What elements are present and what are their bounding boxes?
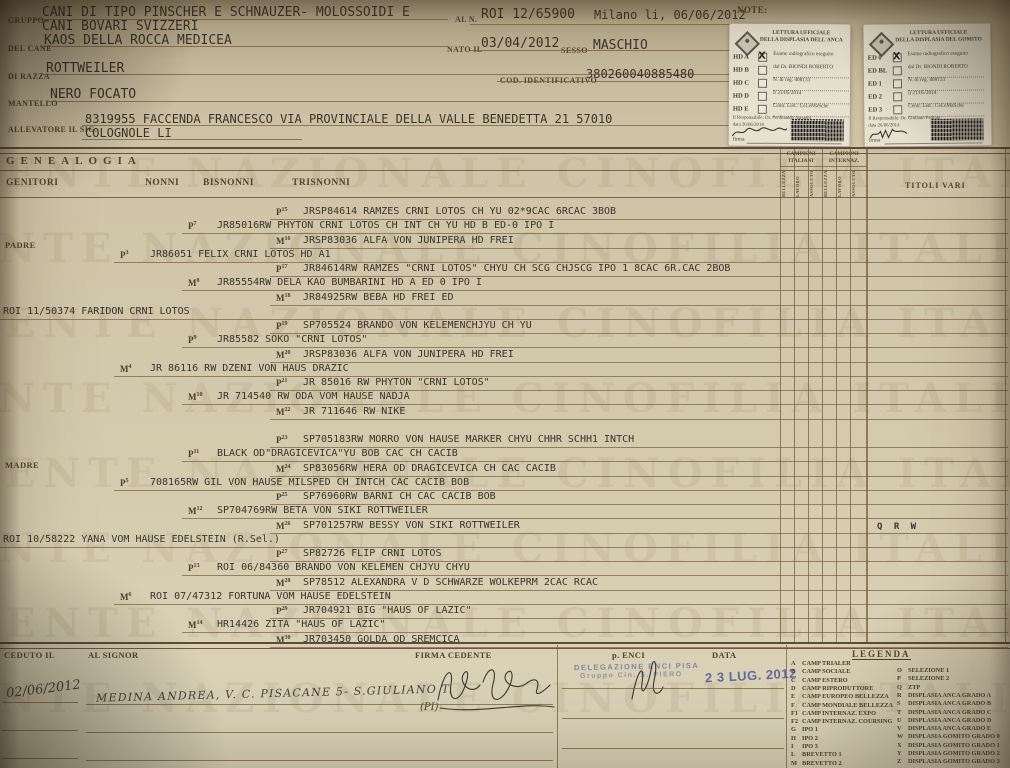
checkbox: X <box>758 53 767 62</box>
stamp-title-line1: LETTURA UFFICIALE <box>772 30 830 36</box>
titoli-vari-entry: Q R W <box>877 522 919 532</box>
pedigree-row: P13ROI 06/84360 BRANDO VON KELEMEN CHJYU… <box>0 562 1008 576</box>
stamp-title-line2: DELLA DISPLASIA DELL'ANCA <box>760 37 843 44</box>
check-code: HD C <box>733 80 758 87</box>
generation-tag: M8 <box>188 278 200 288</box>
pedigree-row: M26SP701257RW BESSY VON SIKI ROTTWEILER <box>0 520 1008 534</box>
ancestor-name: JR86051 FELIX CRNI LOTOS HD A1 <box>150 249 331 260</box>
exam-check-row: ED 0X <box>868 51 902 64</box>
exam-check-row: HD AX <box>733 51 767 64</box>
checkbox: X <box>893 53 902 62</box>
legend-item: BCAMP SOCIALE <box>791 668 850 675</box>
legend-title: LEGENDA <box>852 649 911 660</box>
allevatore-value-line2: COLOGNOLE LI <box>85 126 172 140</box>
pedigree-certificate: ENTE NAZIONALE CINOFILIA ITALIANAENTE NA… <box>0 0 1010 768</box>
generation-tag: P15 <box>276 207 288 217</box>
column-header-nonni: NONNI <box>145 178 179 188</box>
enci-signature <box>618 655 670 707</box>
ancestor-name: JRSP84614 RAMZES CRNI LOTOS CH YU 02*9CA… <box>303 206 616 217</box>
legend-item: FCAMP MONDIALE BELLEZZA <box>791 702 893 709</box>
pedigree-row: M6ROI 07/47312 FORTUNA VOM HAUSE EDELSTE… <box>0 591 1008 605</box>
ancestor-name: SP76960RW BARNI CH CAC CACIB BOB <box>303 491 496 502</box>
titoli-vari-header: TITOLI VARI <box>905 181 966 190</box>
checkbox <box>758 92 767 101</box>
legend-item: WDISPLASIA GOMITO GRADO 0 <box>897 733 1000 740</box>
legend-item: PSELEZIONE 2 <box>897 675 949 682</box>
ancestor-name: HR14426 ZITA "HAUS OF LAZIC" <box>217 619 386 630</box>
check-mark: X <box>758 51 766 62</box>
ancestor-name: JR84925RW BEBA HD FREI ED <box>303 292 454 303</box>
checkbox <box>893 105 902 114</box>
barcode <box>791 119 844 141</box>
cod-identificativo-value: 380260040885480 <box>586 67 694 81</box>
pedigree-row: P15JRSP84614 RAMZES CRNI LOTOS CH YU 02*… <box>0 206 1008 220</box>
ancestor-name: SP704769RW BETA VON SIKI ROTTWEILER <box>217 505 428 516</box>
ancestor-name: JR84614RW RAMZES "CRNI LOTOS" CHYU CH SC… <box>303 263 730 274</box>
pedigree-row: M20JRSP83036 ALFA VON JUNIPERA HD FREI <box>0 349 1008 363</box>
legend-item: ECAMP EUROPEO BELLEZZA <box>791 693 889 700</box>
mantello-value: NERO FOCATO <box>50 87 136 102</box>
pedigree-row: P27SP82726 FLIP CRNI LOTOS <box>0 548 1008 562</box>
ceduto-il-label: CEDUTO IL <box>4 650 55 660</box>
stamp-text-line: Esame radiografico eseguito <box>773 51 849 65</box>
gruppo-value-line2: CANI BOVARI SVIZZERI <box>42 19 199 34</box>
ancestor-name: SP701257RW BESSY VON SIKI ROTTWEILER <box>303 520 520 531</box>
check-code: ED 2 <box>868 93 893 100</box>
exam-check-row: HD B <box>733 64 767 77</box>
check-code: HD D <box>733 93 758 100</box>
allevatore-value-line1: 8319955 FACCENDA FRANCESCO VIA PROVINCIA… <box>85 112 612 126</box>
legend-item: MBREVETTO 2 <box>791 760 842 767</box>
check-code: ED 1 <box>868 80 893 87</box>
check-mark: X <box>893 51 901 62</box>
legend-item: ACAMP TRIALER <box>791 660 851 667</box>
check-code: HD A <box>733 54 758 61</box>
firma-label: firma <box>733 137 745 143</box>
ancestor-name: ROI 06/84360 BRANDO VON KELEMEN CHJYU CH… <box>217 562 470 573</box>
ancestor-name: JR 711646 RW NIKE <box>303 406 405 417</box>
pedigree-row: P17JR84614RW RAMZES "CRNI LOTOS" CHYU CH… <box>0 263 1008 277</box>
generation-tag: P23 <box>276 435 288 445</box>
generation-tag: P13 <box>188 563 200 573</box>
checkbox <box>893 79 902 88</box>
checkbox <box>758 66 767 75</box>
check-code: HD E <box>733 106 758 113</box>
legend-item: YDISPLASIA GOMITO GRADO 2 <box>897 750 1000 757</box>
pedigree-row: M4JR 86116 RW DZENI VON HAUS DRAZIC <box>0 363 1008 377</box>
legend-item: IIPO 3 <box>791 743 818 750</box>
ancestor-name: JR704921 BIG "HAUS OF LAZIC" <box>303 605 472 616</box>
column-header-genitori: GENITORI <box>6 178 58 188</box>
legend-item: TDISPLASIA ANCA GRADO C <box>897 709 991 716</box>
subcolumn-label: LAVORO <box>837 167 850 197</box>
legend-item: RDISPLASIA ANCA GRADO A <box>897 692 991 699</box>
subcolumn-label: BELLEZZA <box>781 167 794 197</box>
campioni-internaz-header: CAMPIONI INTERNAZ. <box>822 151 866 164</box>
legend-item: ZDISPLASIA GOMITO GRADO 3 <box>897 758 1000 765</box>
column-header-bisnonni: BISNONNI <box>203 178 254 188</box>
generation-tag: P5 <box>120 478 129 488</box>
checkbox <box>893 66 902 75</box>
stamp-text-line: Centr. Lett.: CeLeMaSche <box>908 102 984 117</box>
legend-item: XDISPLASIA GOMITO GRADO 1 <box>897 742 1000 749</box>
ancestor-name: JR 714540 RW ODA VOM HAUSE NADJA <box>217 391 410 402</box>
barcode <box>930 118 983 141</box>
pedigree-row: P21JR 85016 RW PHYTON "CRNI LOTOS" <box>0 377 1008 391</box>
exam-check-row: ED 2 <box>868 90 902 103</box>
hd-check-list: HD AXHD BHD CHD DHD E <box>733 51 767 116</box>
data-label: DATA <box>712 650 736 660</box>
ed-check-list: ED 0XED BLED 1ED 2ED 3 <box>868 51 903 116</box>
ancestor-name: SP82726 FLIP CRNI LOTOS <box>303 548 441 559</box>
generation-tag: M10 <box>188 392 203 402</box>
stamp-title: LETTURA UFFICIALE DELLA DISPLASIA DELL'A… <box>755 30 847 45</box>
ancestor-name: BLACK OD"DRAGICEVICA"YU BOB CAC CH CACIB <box>217 448 458 459</box>
generation-tag: M4 <box>120 364 132 374</box>
exam-check-row: ED 1 <box>868 77 902 90</box>
generation-tag: P27 <box>276 549 288 559</box>
checkbox <box>758 79 767 88</box>
exam-check-row: ED BL <box>868 64 902 77</box>
campioni-italiani-header: CAMPIONI ITALIANI <box>780 151 822 164</box>
gruppo-label: GRUPPO <box>8 16 44 25</box>
generation-tag: M24 <box>276 464 291 474</box>
column-header-trisnonni: TRISNONNI <box>292 178 350 188</box>
al-n-value: ROI 12/65900 <box>481 7 575 22</box>
legend-item: OSELEZIONE 1 <box>897 667 949 674</box>
pedigree-row: M22JR 711646 RW NIKE <box>0 406 1008 420</box>
generation-tag: P19 <box>276 321 288 331</box>
legend-item: GIPO 1 <box>791 726 818 733</box>
pedigree-row: M12SP704769RW BETA VON SIKI ROTTWEILER <box>0 505 1008 519</box>
generation-tag: M20 <box>276 350 291 360</box>
pedigree-row: P11BLACK OD"DRAGICEVICA"YU BOB CAC CH CA… <box>0 448 1008 462</box>
generation-tag: M6 <box>120 592 132 602</box>
pedigree-row: M14HR14426 ZITA "HAUS OF LAZIC" <box>0 619 1008 633</box>
exam-check-row: HD D <box>733 90 767 103</box>
generation-tag: P9 <box>188 335 197 345</box>
ancestor-name: JR 85016 RW PHYTON "CRNI LOTOS" <box>303 377 490 388</box>
subcolumn-label: ASSOLUTO <box>851 167 864 197</box>
ancestor-name: ROI 11/50374 FARIDON CRNI LOTOS <box>3 306 190 317</box>
pedigree-row: P25SP76960RW BARNI CH CAC CACIB BOB <box>0 491 1008 505</box>
generation-tag: P29 <box>276 606 288 616</box>
exam-check-row: HD C <box>733 77 767 90</box>
legend-item: SDISPLASIA ANCA GRADO B <box>897 700 991 707</box>
stamp-title: LETTURA UFFICIALE DELLA DISPLASIA DEL GO… <box>889 29 987 44</box>
ancestor-name: JRSP83036 ALFA VON JUNIPERA HD FREI <box>303 235 514 246</box>
pedigree-row: ROI 10/58222 YANA VOM HAUSE EDELSTEIN (R… <box>0 534 1008 548</box>
legend-item: CCAMP ESTERO <box>791 677 848 684</box>
legend-item: UDISPLASIA ANCA GRADO D <box>897 717 991 724</box>
al-signor-label: AL SIGNOR <box>88 650 139 660</box>
al-n-label: AL N. <box>455 15 477 24</box>
check-code: HD B <box>733 67 758 74</box>
place-date-value: Milano li, 06/06/2012 <box>594 8 746 22</box>
ancestor-name: JR85016RW PHYTON CRNI LOTOS CH INT CH YU… <box>217 220 554 231</box>
pedigree-row: P5708165RW GIL VON HAUSE MILSPED CH INTC… <box>0 477 1008 491</box>
generation-tag: P17 <box>276 264 288 274</box>
gruppo-value-line1: CANI DI TIPO PINSCHER E SCHNAUZER- MOLOS… <box>42 5 410 20</box>
exam-check-row: ED 3 <box>868 103 902 116</box>
ancestor-name: ROI 10/58222 YANA VOM HAUSE EDELSTEIN (R… <box>3 534 280 545</box>
generation-tag: P11 <box>188 449 199 459</box>
generation-tag: M16 <box>276 236 291 246</box>
ancestor-name: SP83056RW HERA OD DRAGICEVICA CH CAC CAC… <box>303 463 556 474</box>
note-label: NOTE: <box>737 5 768 15</box>
firma-cedente-label: FIRMA CEDENTE <box>415 650 492 660</box>
generation-tag: M26 <box>276 521 291 531</box>
legend-item: DCAMP RIPRODUTTORE <box>791 685 873 692</box>
ancestor-name: JR85582 SOKO "CRNI LOTOS" <box>217 334 368 345</box>
checkbox <box>893 92 902 101</box>
pedigree-row: P3JR86051 FELIX CRNI LOTOS HD A1 <box>0 249 1008 263</box>
legend-item: F2CAMP INTERNAZ. COURSING <box>791 718 892 725</box>
ancestor-name: JR 86116 RW DZENI VON HAUS DRAZIC <box>150 363 349 374</box>
pedigree-row: P29JR704921 BIG "HAUS OF LAZIC" <box>0 605 1008 619</box>
pedigree-row: P23SP705183RW MORRO VON HAUSE MARKER CHY… <box>0 434 1008 448</box>
checkbox <box>758 105 767 114</box>
subcolumn-label: ASSOLUTO <box>809 167 822 197</box>
pedigree-row: M24SP83056RW HERA OD DRAGICEVICA CH CAC … <box>0 463 1008 477</box>
cedente-signature <box>428 660 560 718</box>
pedigree-row: M8JR85554RW DELA KAO BUMBARINI HD A ED 0… <box>0 277 1008 291</box>
ancestor-name: ROI 07/47312 FORTUNA VOM HAUSE EDELSTEIN <box>150 591 391 602</box>
exam-check-row: HD E <box>733 103 767 116</box>
check-code: ED 3 <box>868 106 893 113</box>
ancestor-name: SP78512 ALEXANDRA V D SCHWARZE WOLKEPRM … <box>303 577 598 588</box>
genealogy-title: GENEALOGIA <box>6 155 142 167</box>
check-code: ED BL <box>868 67 893 74</box>
subcolumn-label: LAVORO <box>795 167 808 197</box>
generation-tag: M28 <box>276 578 291 588</box>
pedigree-row: P9JR85582 SOKO "CRNI LOTOS" <box>0 334 1008 348</box>
ancestor-name: 708165RW GIL VON HAUSE MILSPED CH INTCH … <box>150 477 469 488</box>
nato-il-value: 03/04/2012 <box>481 36 559 51</box>
ancestor-name: SP705183RW MORRO VON HAUSE MARKER CHYU C… <box>303 434 634 445</box>
legend-item: LBREVETTO 1 <box>791 751 842 758</box>
generation-tag: P3 <box>120 250 129 260</box>
legend-item: QZTP <box>897 684 920 691</box>
legend-item: F1CAMP INTERNAZ. EXPO <box>791 710 876 717</box>
ancestor-name: JRSP83036 ALFA VON JUNIPERA HD FREI <box>303 349 514 360</box>
firma-label: firma <box>869 137 881 143</box>
pedigree-row: M10JR 714540 RW ODA VOM HAUSE NADJA <box>0 391 1008 405</box>
generation-tag: M22 <box>276 407 291 417</box>
legend-item: VDISPLASIA ANCA GRADO E <box>897 725 991 732</box>
stamp-text-lines: Esame radiografico eseguitodal Dr. BIOND… <box>908 50 985 116</box>
generation-tag: M12 <box>188 506 203 516</box>
allevatore-label: ALLEVATORE IL SIG. <box>8 125 97 134</box>
generation-tag: P25 <box>276 492 288 502</box>
stamp-title-line2: DELLA DISPLASIA DEL GOMITO <box>895 36 982 43</box>
pedigree-row: M18JR84925RW BEBA HD FREI ED <box>0 292 1008 306</box>
stamp-text-lines: Esame radiografico eseguitodal Dr. BIOND… <box>773 51 849 117</box>
pedigree-row: M28SP78512 ALEXANDRA V D SCHWARZE WOLKEP… <box>0 577 1008 591</box>
ancestor-name: SP705524 BRANDO VON KELEMENCHJYU CH YU <box>303 320 532 331</box>
ed-exam-stamp: LETTURA UFFICIALE DELLA DISPLASIA DEL GO… <box>863 23 991 146</box>
stamp-title-line1: LETTURA UFFICIALE <box>909 30 967 37</box>
pedigree-row: P19SP705524 BRANDO VON KELEMENCHJYU CH Y… <box>0 320 1008 334</box>
subcolumn-label: BELLEZZA <box>823 167 836 197</box>
pedigree-row: P7JR85016RW PHYTON CRNI LOTOS CH INT CH … <box>0 220 1008 234</box>
check-code: ED 0 <box>868 54 893 61</box>
generation-tag: P21 <box>276 378 288 388</box>
ancestor-name: JR85554RW DELA KAO BUMBARINI HD A ED 0 I… <box>217 277 482 288</box>
stamp-text-line: Esame radiografico eseguito <box>908 50 984 64</box>
generation-tag: M18 <box>276 293 291 303</box>
pedigree-row: M16JRSP83036 ALFA VON JUNIPERA HD FREI <box>0 235 1008 249</box>
pedigree-row: ROI 11/50374 FARIDON CRNI LOTOS <box>0 306 1008 320</box>
legend-item: HIPO 2 <box>791 735 818 742</box>
generation-tag: P7 <box>188 221 197 231</box>
generation-tag: M14 <box>188 620 203 630</box>
hd-exam-stamp: LETTURA UFFICIALE DELLA DISPLASIA DELL'A… <box>729 24 851 147</box>
section-divider <box>0 642 1010 649</box>
